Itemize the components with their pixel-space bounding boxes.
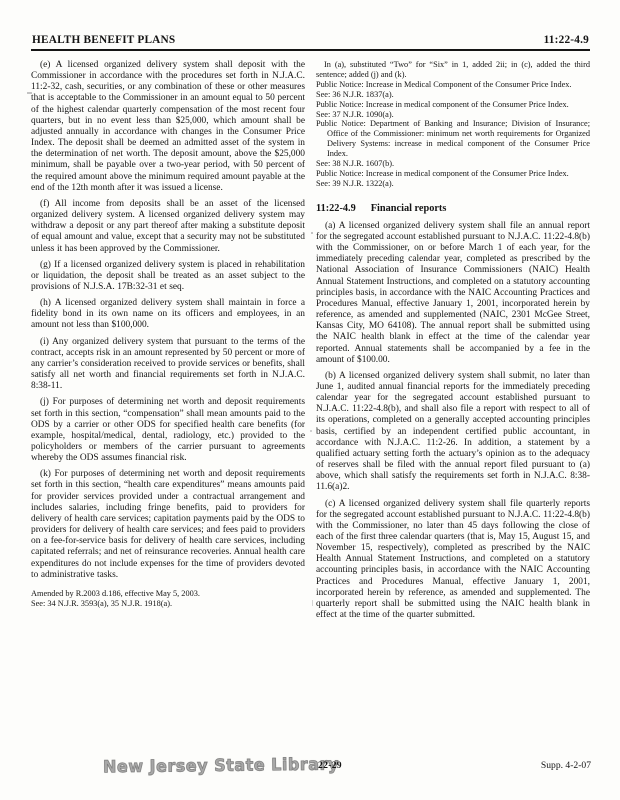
scan-artifact (311, 232, 313, 234)
section-number: 11:22-4.9 (316, 203, 356, 214)
document-page: HEALTH BENEFIT PLANS 11:22-4.9 (e) A lic… (31, 34, 590, 621)
paragraph-j: (j) For purposes of determining net wort… (31, 392, 305, 464)
amendment-see-line: See: 34 N.J.R. 3593(a), 35 N.J.R. 1918(a… (31, 599, 305, 609)
paragraph-c: (c) A licensed organized delivery system… (316, 494, 590, 622)
amendment-line: Amended by R.2003 d.186, effective May 5… (31, 589, 305, 599)
paragraph-g: (g) If a licensed organized delivery sys… (31, 255, 305, 293)
paragraph-e: (e) A licensed organized delivery system… (31, 60, 305, 194)
paragraph-k: (k) For purposes of determining net wort… (31, 464, 305, 581)
two-column-body: (e) A licensed organized delivery system… (31, 60, 590, 621)
supplement-date: Supp. 4-2-07 (541, 760, 591, 771)
running-header: HEALTH BENEFIT PLANS 11:22-4.9 (31, 34, 590, 51)
see-citation-2: See: 37 N.J.R. 1090(a). (316, 110, 590, 120)
paragraph-i: (i) Any organized delivery system that p… (31, 332, 305, 393)
paragraph-b: (b) A licensed organized delivery system… (316, 366, 590, 494)
section-heading: 11:22-4.9Financial reports (316, 203, 590, 214)
scan-artifact (310, 430, 312, 432)
paragraph-h: (h) A licensed organized delivery system… (31, 293, 305, 331)
see-citation-4: See: 39 N.J.R. 1322(a). (316, 179, 590, 189)
see-citation-1: See: 36 N.J.R. 1837(a). (316, 90, 590, 100)
section-title: Financial reports (371, 203, 447, 214)
scan-artifact (312, 600, 313, 606)
history-note: In (a), substituted “Two” for “Six” in 1… (316, 60, 590, 80)
library-stamp: New Jersey State Library (103, 754, 288, 776)
paragraph-f: (f) All income from deposits shall be an… (31, 194, 305, 255)
amendment-note: Amended by R.2003 d.186, effective May 5… (31, 589, 305, 609)
header-section-number: 11:22-4.9 (544, 34, 589, 46)
public-notice-1: Public Notice: Increase in Medical Compo… (316, 80, 590, 90)
public-notice-2: Public Notice: Increase in medical compo… (316, 100, 590, 110)
column-right: In (a), substituted “Two” for “Six” in 1… (316, 60, 590, 621)
see-citation-3: See: 38 N.J.R. 1607(b). (316, 159, 590, 169)
header-title: HEALTH BENEFIT PLANS (32, 34, 175, 46)
paragraph-a: (a) A licensed organized delivery system… (316, 216, 590, 366)
public-notice-3: Public Notice: Department of Banking and… (316, 119, 590, 159)
page-number: 22-29 (318, 760, 342, 771)
column-left: (e) A licensed organized delivery system… (31, 60, 305, 621)
public-notice-4: Public Notice: Increase in medical compo… (316, 169, 590, 179)
scan-artifact (27, 92, 32, 94)
